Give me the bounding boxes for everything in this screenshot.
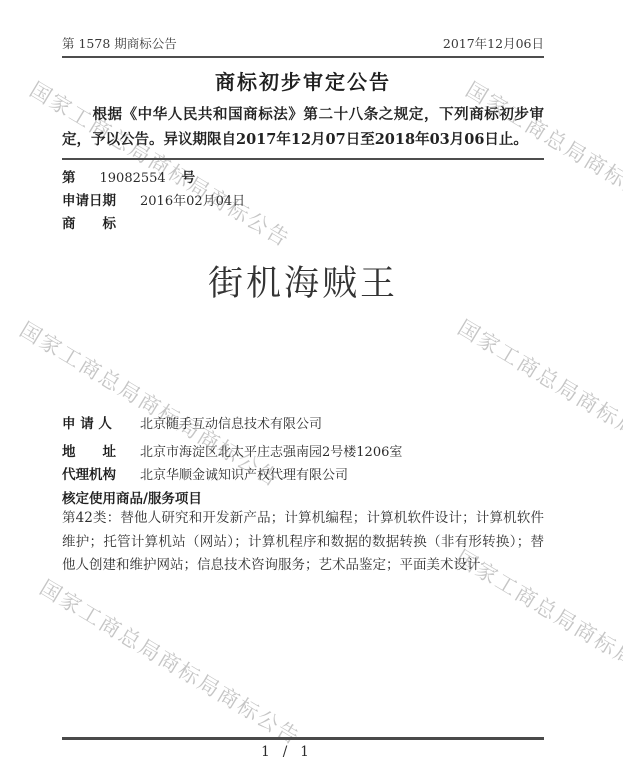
current-page: 1 (261, 744, 270, 760)
page-separator: / (283, 744, 288, 760)
address-row: 地 址 北京市海淀区北太平庄志强南园2号楼1206室 (62, 440, 402, 460)
page-indicator: 1 / 1 (62, 744, 508, 760)
applicant-value: 北京随手互动信息技术有限公司 (140, 413, 322, 432)
application-date-row: 申请日期 2016年02月04日 (62, 189, 245, 209)
trademark-name: 街机海贼王 (62, 256, 544, 306)
gazette-issue-label: 第 1578 期商标公告 (62, 34, 177, 52)
applicant-row: 申 请 人 北京随手互动信息技术有限公司 (62, 412, 322, 432)
number-suffix-label: 号 (182, 166, 196, 186)
total-pages: 1 (300, 744, 309, 760)
agency-label: 代理机构 (62, 463, 118, 483)
number-prefix-label: 第 (62, 166, 76, 186)
goods-description: 第42类：替他人研究和开发新产品；计算机编程；计算机软件设计；计算机软件维护；托… (62, 507, 544, 578)
application-date-label: 申请日期 (62, 189, 116, 209)
page-header: 第 1578 期商标公告 2017年12月06日 (62, 34, 544, 52)
gazette-page: 国家工商总局商标局商标公告 国家工商总局商标局商标公告 国家工商总局商标局商标公… (0, 0, 623, 777)
document-title: 商标初步审定公告 (62, 66, 544, 95)
registration-number-row: 第 19082554 号 (62, 166, 195, 186)
address-value: 北京市海淀区北太平庄志强南园2号楼1206室 (140, 441, 402, 460)
registration-number: 19082554 (100, 171, 166, 186)
address-label: 地 址 (62, 440, 118, 460)
intro-paragraph: 根据《中华人民共和国商标法》第二十八条之规定，下列商标初步审定，予以公告。异议期… (62, 102, 544, 152)
header-divider (62, 56, 544, 58)
applicant-label: 申 请 人 (62, 412, 118, 432)
goods-section-title: 核定使用商品/服务项目 (62, 487, 202, 507)
footer-divider (62, 737, 544, 740)
trademark-label: 商 标 (62, 212, 116, 232)
gazette-date: 2017年12月06日 (443, 34, 544, 52)
agency-value: 北京华顺金诚知识产权代理有限公司 (140, 464, 348, 483)
section-divider (62, 158, 544, 160)
trademark-label-row: 商 标 (62, 212, 116, 232)
agency-row: 代理机构 北京华顺金诚知识产权代理有限公司 (62, 463, 348, 483)
document-content: 第 1578 期商标公告 2017年12月06日 商标初步审定公告 根据《中华人… (0, 0, 623, 777)
application-date-value: 2016年02月04日 (140, 190, 245, 209)
